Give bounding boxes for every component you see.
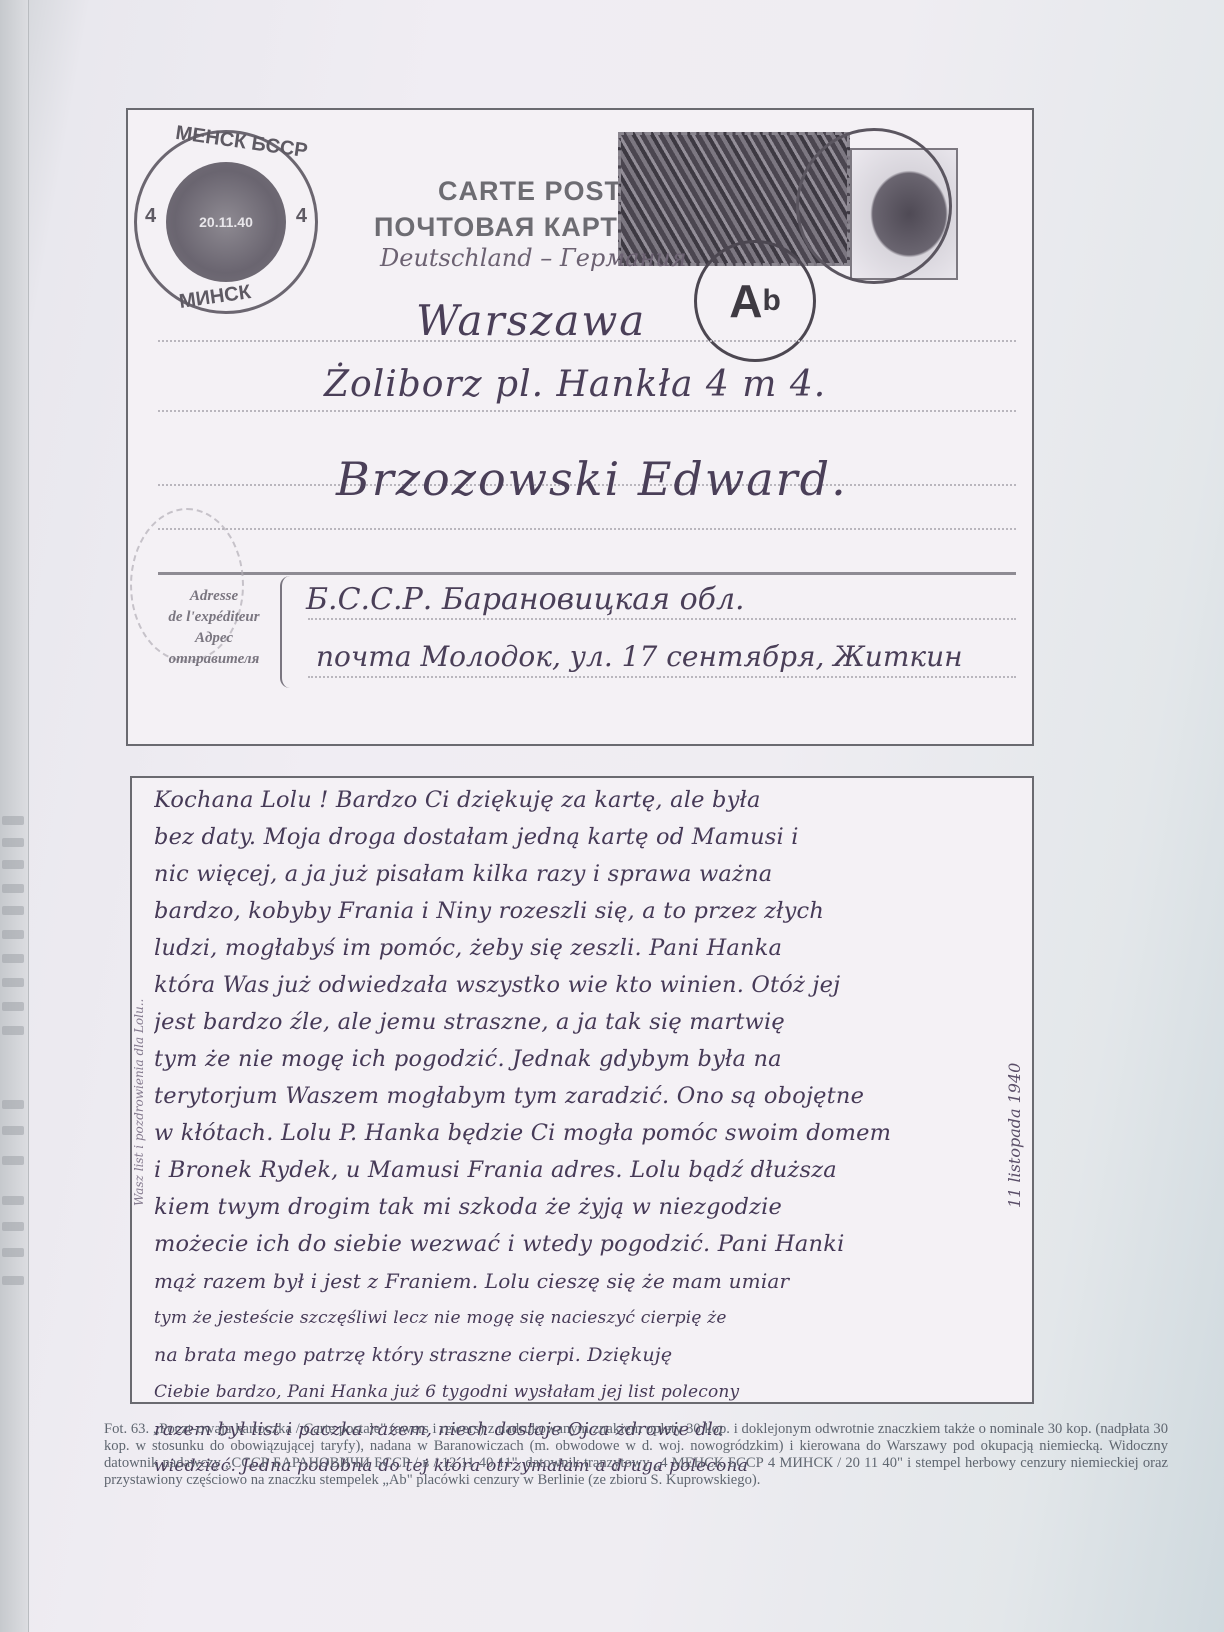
date-note: 11 listopada 1940 <box>1005 868 1024 1208</box>
censor-letter: A <box>729 274 762 328</box>
postcard-front: 20.11.40 МЕНСК БССР МИНСК 4 4 CARTE POST… <box>126 108 1034 746</box>
address-rule <box>158 410 1016 412</box>
letter-line: jest bardzo źle, ale jemu straszne, a ja… <box>154 1004 1026 1041</box>
sender-address-label: Adresse de l'expéditeur Адрес отправител… <box>154 586 274 670</box>
letter-line: tym że nie mogę ich pogodzić. Jednak gdy… <box>154 1041 1026 1078</box>
address-city: Warszawa <box>416 296 646 345</box>
letter-line: tym że jesteście szczęśliwi lecz nie mog… <box>154 1300 1026 1337</box>
minsk-postmark: 20.11.40 МЕНСК БССР МИНСК 4 4 <box>134 130 318 314</box>
label-line: de l'expéditeur <box>154 607 274 628</box>
letter-line: ludzi, mogłabyś im pomóc, żeby się zeszl… <box>154 930 1026 967</box>
sender-line-1: Б.С.С.Р. Барановицкая обл. <box>306 582 745 617</box>
cancellation-postmark <box>796 128 952 284</box>
letter-line: kiem twym drogim tak mi szkoda że żyją w… <box>154 1189 1026 1226</box>
letter-line: Ciebie bardzo, Pani Hanka już 6 tygodni … <box>154 1374 1026 1411</box>
letter-line: bez daty. Moja droga dostałam jedną kart… <box>154 819 1026 856</box>
sender-divider <box>158 572 1016 575</box>
postcard-back: Wasz list i pozdrowienia dla Lolu.. Koch… <box>130 776 1034 1404</box>
label-line: Adresse <box>154 586 274 607</box>
postmark-right-number: 4 <box>296 205 307 228</box>
handwritten-letter: Kochana Lolu ! Bardzo Ci dziękuję za kar… <box>154 782 1026 1485</box>
margin-note: Wasz list i pozdrowienia dla Lolu.. <box>132 786 150 1206</box>
brace <box>280 576 292 688</box>
postmark-left-number: 4 <box>145 205 156 228</box>
sender-line-2: почта Молодок, ул. 17 сентября, Житкин <box>316 640 963 673</box>
letter-line: na brata mego patrzę który straszne cier… <box>154 1337 1026 1374</box>
facing-page-edge <box>0 0 29 1632</box>
letter-line: która Was już odwiedzała wszystko wie kt… <box>154 967 1026 1004</box>
address-rule <box>158 528 1016 530</box>
label-line: отправителя <box>154 649 274 670</box>
coat-of-arms-emblem: 20.11.40 <box>166 162 286 282</box>
figure-caption: Fot. 63. „Poczt-owaja kartoczka / Carte … <box>104 1421 1168 1489</box>
postmark-top-text: МЕНСК БССР <box>174 122 309 163</box>
address-street: Żoliborz pl. Hankła 4 m 4. <box>324 364 826 405</box>
sender-rule <box>308 676 1016 678</box>
censor-stamp-ab: Ab <box>694 240 816 362</box>
letter-line: terytorjum Waszem mogłabym tym zaradzić.… <box>154 1078 1026 1115</box>
sender-rule <box>308 618 1016 620</box>
censor-subscript: b <box>762 284 780 318</box>
postmark-bottom-text: МИНСК <box>178 281 253 314</box>
address-recipient: Brzozowski Edward. <box>336 452 848 506</box>
letter-line: w kłótach. Lolu P. Hanka będzie Ci mogła… <box>154 1115 1026 1152</box>
letter-line: bardzo, kobyby Frania i Niny rozeszli si… <box>154 893 1026 930</box>
label-line: Адрес <box>154 628 274 649</box>
letter-line: i Bronek Rydek, u Mamusi Frania adres. L… <box>154 1152 1026 1189</box>
address-country: Deutschland – Германия <box>380 244 687 272</box>
letter-line: nic więcej, a ja już pisałam kilka razy … <box>154 856 1026 893</box>
letter-line: Kochana Lolu ! Bardzo Ci dziękuję za kar… <box>154 782 1026 819</box>
letter-line: możecie ich do siebie wezwać i wtedy pog… <box>154 1226 1026 1263</box>
letter-line: mąż razem był i jest z Franiem. Lolu cie… <box>154 1263 1026 1300</box>
